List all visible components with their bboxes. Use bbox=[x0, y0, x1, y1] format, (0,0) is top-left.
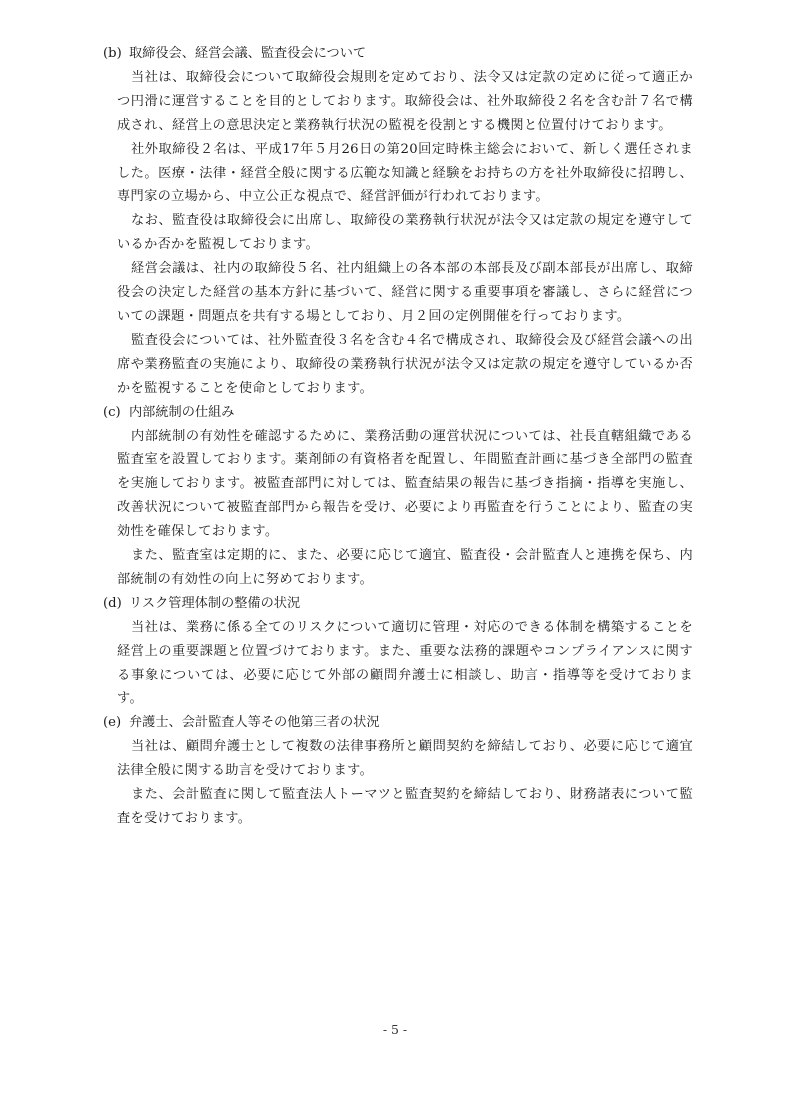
paragraph: 内部統制の有効性を確認するために、業務活動の運営状況については、社長直轄組織であ… bbox=[103, 425, 693, 545]
section-mark: (b) bbox=[103, 42, 129, 66]
section-mark: (d) bbox=[103, 592, 129, 616]
section-title: リスク管理体制の整備の状況 bbox=[129, 596, 300, 611]
section-b: (b)取締役会、経営会議、監査役会について 当社は、取締役会について取締役会規則… bbox=[103, 42, 693, 401]
paragraph: 監査役会については、社外監査役３名を含む４名で構成され、取締役会及び経営会議への… bbox=[103, 329, 693, 401]
section-e: (e)弁護士、会計監査人等その他第三者の状況 当社は、顧問弁護士として複数の法律… bbox=[103, 711, 693, 831]
section-heading: (d)リスク管理体制の整備の状況 bbox=[103, 592, 693, 616]
paragraph: 経営会議は、社内の取締役５名、社内組織上の各本部の本部長及び副本部長が出席し、取… bbox=[103, 257, 693, 329]
paragraph: なお、監査役は取締役会に出席し、取締役の業務執行状況が法令又は定款の規定を遵守し… bbox=[103, 209, 693, 257]
section-title: 取締役会、経営会議、監査役会について bbox=[129, 46, 366, 61]
paragraph: また、会計監査に関して監査法人トーマツと監査契約を締結しており、財務諸表について… bbox=[103, 783, 693, 831]
section-heading: (e)弁護士、会計監査人等その他第三者の状況 bbox=[103, 711, 693, 735]
section-d: (d)リスク管理体制の整備の状況 当社は、業務に係る全てのリスクについて適切に管… bbox=[103, 592, 693, 712]
paragraph: 当社は、取締役会について取締役会規則を定めており、法令又は定款の定めに従って適正… bbox=[103, 66, 693, 138]
section-c: (c)内部統制の仕組み 内部統制の有効性を確認するために、業務活動の運営状況につ… bbox=[103, 401, 693, 592]
document-body: (b)取締役会、経営会議、監査役会について 当社は、取締役会について取締役会規則… bbox=[103, 42, 693, 831]
section-heading: (c)内部統制の仕組み bbox=[103, 401, 693, 425]
section-mark: (c) bbox=[103, 401, 129, 425]
section-title: 弁護士、会計監査人等その他第三者の状況 bbox=[129, 715, 380, 730]
section-mark: (e) bbox=[103, 711, 129, 735]
page-number: - 5 - bbox=[0, 1022, 790, 1037]
document-page: (b)取締役会、経営会議、監査役会について 当社は、取締役会について取締役会規則… bbox=[0, 0, 790, 1118]
paragraph: 当社は、顧問弁護士として複数の法律事務所と顧問契約を締結しており、必要に応じて適… bbox=[103, 735, 693, 783]
paragraph: 社外取締役２名は、平成17年５月26日の第20回定時株主総会において、新しく選任… bbox=[103, 138, 693, 210]
section-heading: (b)取締役会、経営会議、監査役会について bbox=[103, 42, 693, 66]
paragraph: また、監査室は定期的に、また、必要に応じて適宜、監査役・会計監査人と連携を保ち、… bbox=[103, 544, 693, 592]
section-title: 内部統制の仕組み bbox=[129, 405, 235, 420]
paragraph: 当社は、業務に係る全てのリスクについて適切に管理・対応のできる体制を構築すること… bbox=[103, 616, 693, 712]
